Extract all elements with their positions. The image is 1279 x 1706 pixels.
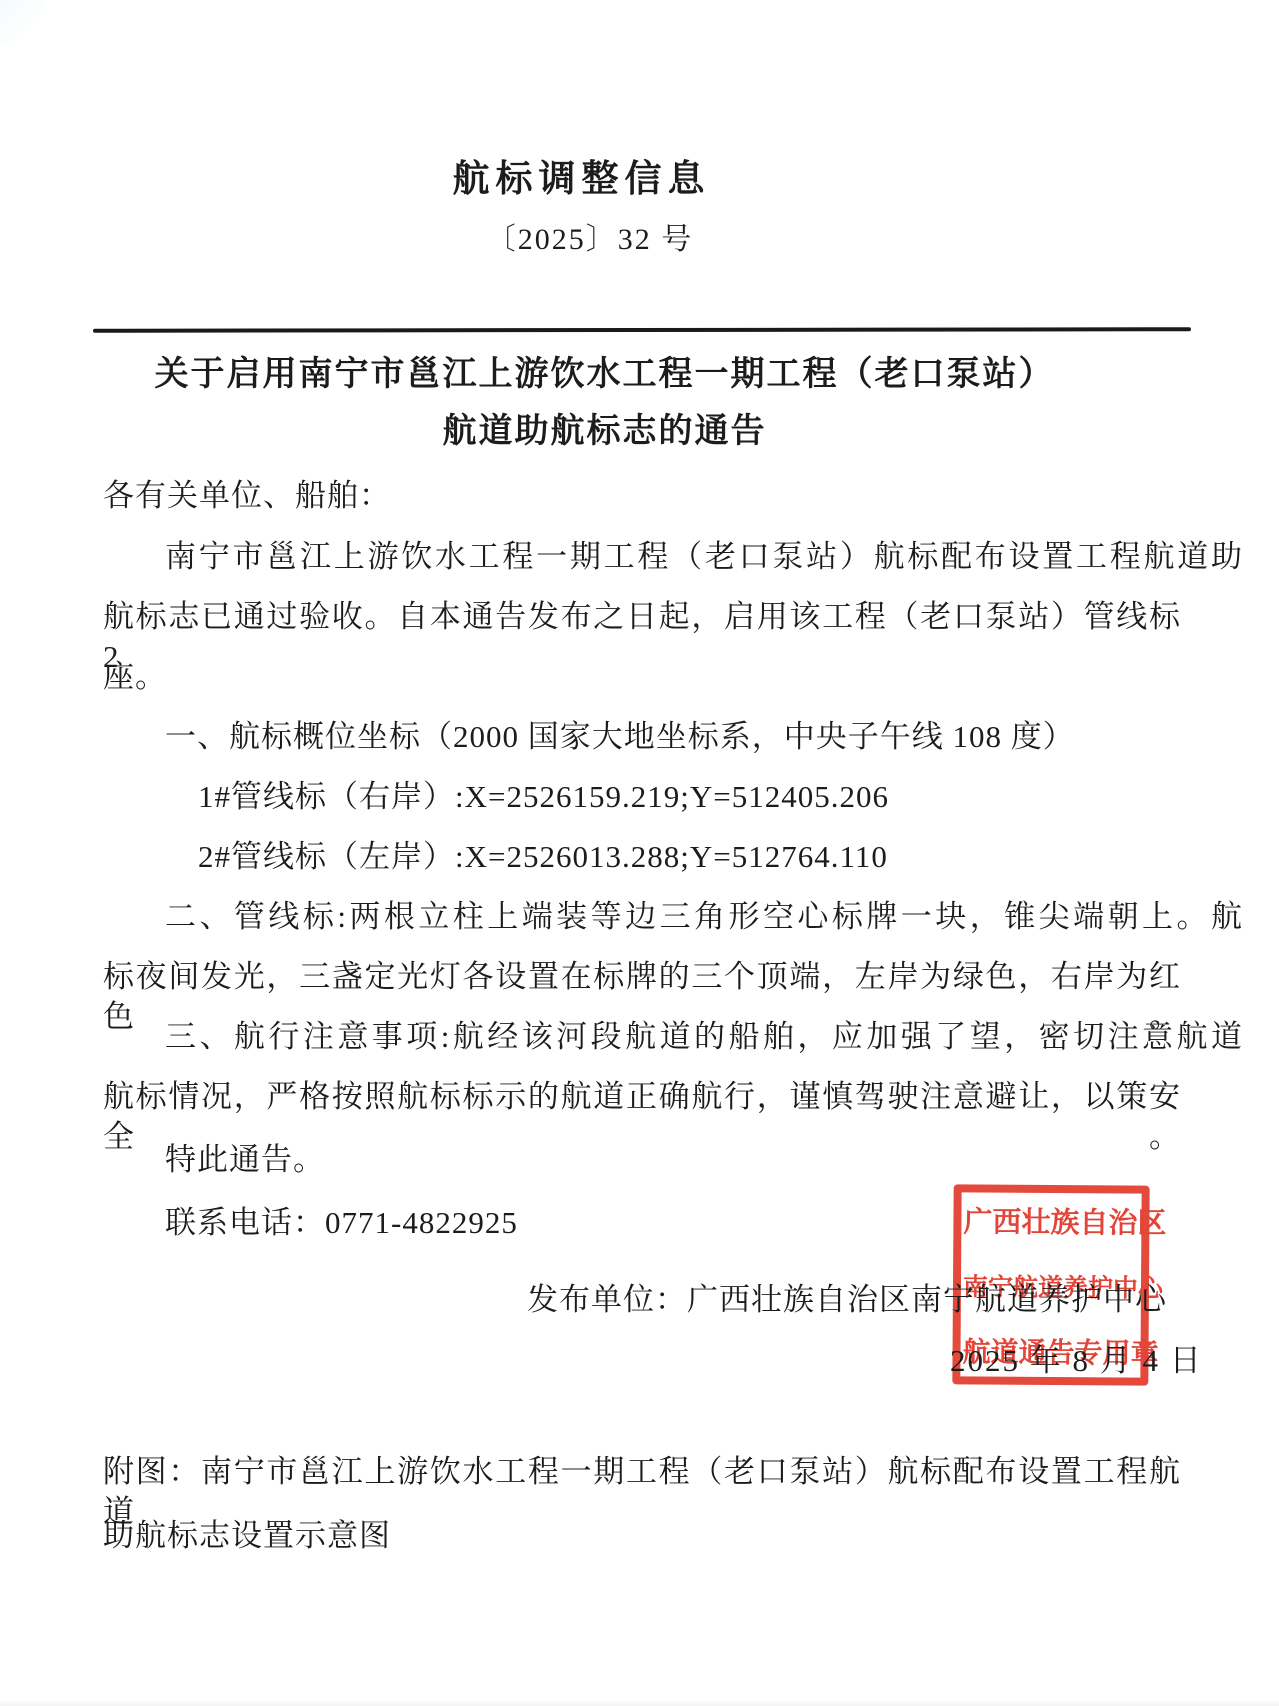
publisher-line: 发布单位：广西壮族自治区南宁航道养护中心 [527, 1274, 1167, 1319]
notice-document-page: 航标调整信息 〔2025〕32 号 关于启用南宁市邕江上游饮水工程一期工程（老口… [0, 0, 1279, 1706]
notice-heading-line2: 航道助航标志的通告 [0, 403, 1244, 452]
doc-number: 〔2025〕32 号 [0, 214, 1229, 258]
coordinate-line-1: 1#管线标（右岸）:X=2526159.219;Y=512405.206 [103, 777, 1276, 817]
header-divider-rule [93, 327, 1191, 333]
attachment-note-line2: 助航标志设置示意图 [103, 1516, 1181, 1556]
scan-bottom-edge [0, 1700, 1279, 1706]
closing-statement: 特此通告。 [103, 1140, 1243, 1180]
notice-heading-line1: 关于启用南宁市邕江上游饮水工程一期工程（老口泵站） [0, 346, 1244, 395]
coordinate-line-2: 2#管线标（左岸）:X=2526013.288;Y=512764.110 [103, 837, 1276, 877]
paragraph1-line1: 南宁市邕江上游饮水工程一期工程（老口泵站）航标配布设置工程航道助 [103, 537, 1243, 577]
paragraph1-line3: 座。 [103, 657, 1181, 697]
doc-info-title: 航标调整信息 [0, 148, 1221, 202]
salutation: 各有关单位、船舶： [103, 476, 1181, 516]
scan-corner-tint [0, 0, 46, 46]
item3-line1: 三、航行注意事项:航经该河段航道的船舶，应加强了望，密切注意航道 [103, 1017, 1243, 1057]
item1-coordinates-heading: 一、航标概位坐标（2000 国家大地坐标系，中央子午线 108 度） [103, 717, 1243, 757]
issue-date: 2025 年 8 月 4 日 [950, 1335, 1203, 1380]
item2-line1: 二、管线标:两根立柱上端装等边三角形空心标牌一块，锥尖端朝上。航 [103, 897, 1243, 937]
seal-text-line1: 广西壮族自治区 [963, 1199, 1139, 1241]
